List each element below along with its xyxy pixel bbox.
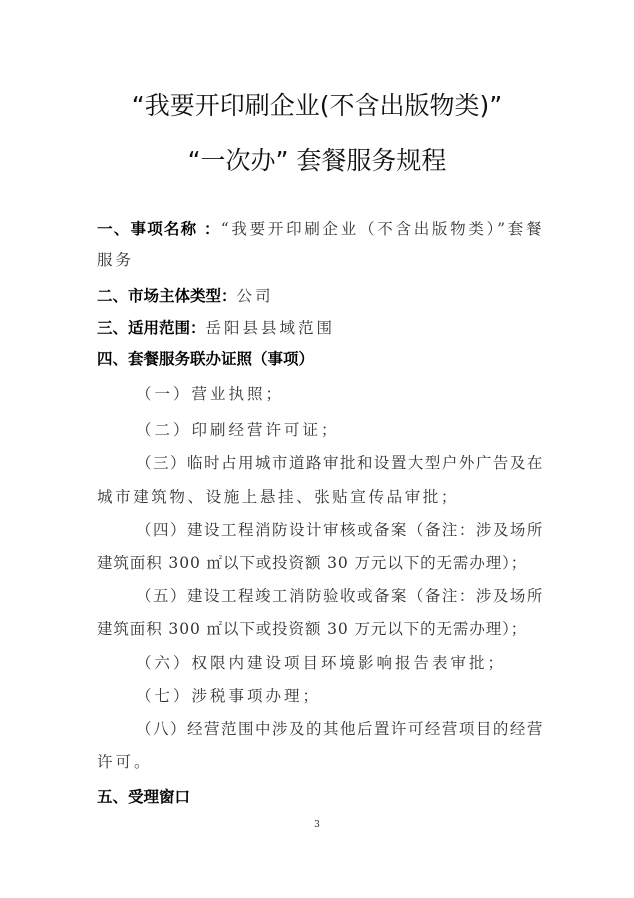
section-5-line: 五、受理窗口 bbox=[97, 787, 543, 807]
list-item-5-line-2: 建筑面积 300 ㎡以下或投资额 30 万元以下的无需办理）； bbox=[97, 619, 543, 639]
list-item-1-text: （一）营业执照； bbox=[136, 385, 284, 403]
section-3-line: 三、适用范围：岳阳县县域范围 bbox=[97, 318, 543, 338]
list-item-7: （七）涉税事项办理； bbox=[136, 686, 543, 706]
section-1-content-cont: 服务 bbox=[97, 251, 134, 269]
list-item-2-text: （二）印刷经营许可证； bbox=[136, 421, 340, 439]
list-item-6-text: （六）权限内建设项目环境影响报告表审批； bbox=[136, 654, 506, 672]
list-item-8-line-2: 许可。 bbox=[97, 752, 543, 772]
list-item-2: （二）印刷经营许可证； bbox=[136, 420, 543, 440]
section-3-heading: 三、适用范围： bbox=[97, 319, 206, 337]
list-item-4-text-cont: 建筑面积 300 ㎡以下或投资额 30 万元以下的无需办理）； bbox=[97, 554, 527, 572]
section-5-heading: 五、受理窗口 bbox=[97, 788, 190, 806]
list-item-3-line-2: 城市建筑物、设施上悬挂、张贴宣传品审批； bbox=[97, 487, 543, 507]
list-item-4-line-1: （四）建设工程消防设计审核或备案（备注：涉及场所 bbox=[136, 520, 543, 540]
list-item-1: （一）营业执照； bbox=[136, 384, 543, 404]
list-item-3-text-cont: 城市建筑物、设施上悬挂、张贴宣传品审批； bbox=[97, 488, 459, 506]
list-item-4-line-2: 建筑面积 300 ㎡以下或投资额 30 万元以下的无需办理）； bbox=[97, 553, 543, 573]
section-3-content: 岳阳县县域范围 bbox=[206, 319, 336, 337]
document-title-line-1: “我要开印刷企业(不含出版物类)” bbox=[0, 86, 634, 122]
section-1-heading: 一、事项名称 ： bbox=[97, 220, 221, 238]
list-item-6: （六）权限内建设项目环境影响报告表审批； bbox=[136, 653, 543, 673]
section-4-line: 四、套餐服务联办证照（事项） bbox=[97, 349, 543, 369]
list-item-3-line-1: （三）临时占用城市道路审批和设置大型户外广告及在 bbox=[136, 453, 543, 473]
list-item-5-line-1: （五）建设工程竣工消防验收或备案（备注：涉及场所 bbox=[136, 586, 543, 606]
list-item-5-text: （五）建设工程竣工消防验收或备案（备注：涉及场所 bbox=[136, 587, 543, 605]
section-4-heading: 四、套餐服务联办证照（事项） bbox=[97, 350, 314, 368]
section-2-content: 公司 bbox=[237, 287, 274, 305]
list-item-8-text-cont: 许可。 bbox=[97, 753, 153, 771]
list-item-5-text-cont: 建筑面积 300 ㎡以下或投资额 30 万元以下的无需办理）； bbox=[97, 620, 527, 638]
list-item-3-text: （三）临时占用城市道路审批和设置大型户外广告及在 bbox=[136, 454, 543, 472]
section-2-heading: 二、市场主体类型： bbox=[97, 287, 237, 305]
list-item-8-text: （八）经营范围中涉及的其他后置许可经营项目的经营 bbox=[136, 720, 543, 738]
section-1-content: “我要开印刷企业（不含出版物类）”套餐 bbox=[221, 220, 543, 238]
list-item-4-text: （四）建设工程消防设计审核或备案（备注：涉及场所 bbox=[136, 521, 543, 539]
section-1-line-1: 一、事项名称 ：“我要开印刷企业（不含出版物类）”套餐 bbox=[97, 219, 543, 239]
document-title-line-2: “一次办” 套餐服务规程 bbox=[0, 141, 634, 177]
page-number: 3 bbox=[0, 820, 634, 830]
section-1-line-2: 服务 bbox=[97, 250, 543, 270]
list-item-7-text: （七）涉税事项办理； bbox=[136, 687, 321, 705]
section-2-line: 二、市场主体类型：公司 bbox=[97, 286, 543, 306]
list-item-8-line-1: （八）经营范围中涉及的其他后置许可经营项目的经营 bbox=[136, 719, 543, 739]
